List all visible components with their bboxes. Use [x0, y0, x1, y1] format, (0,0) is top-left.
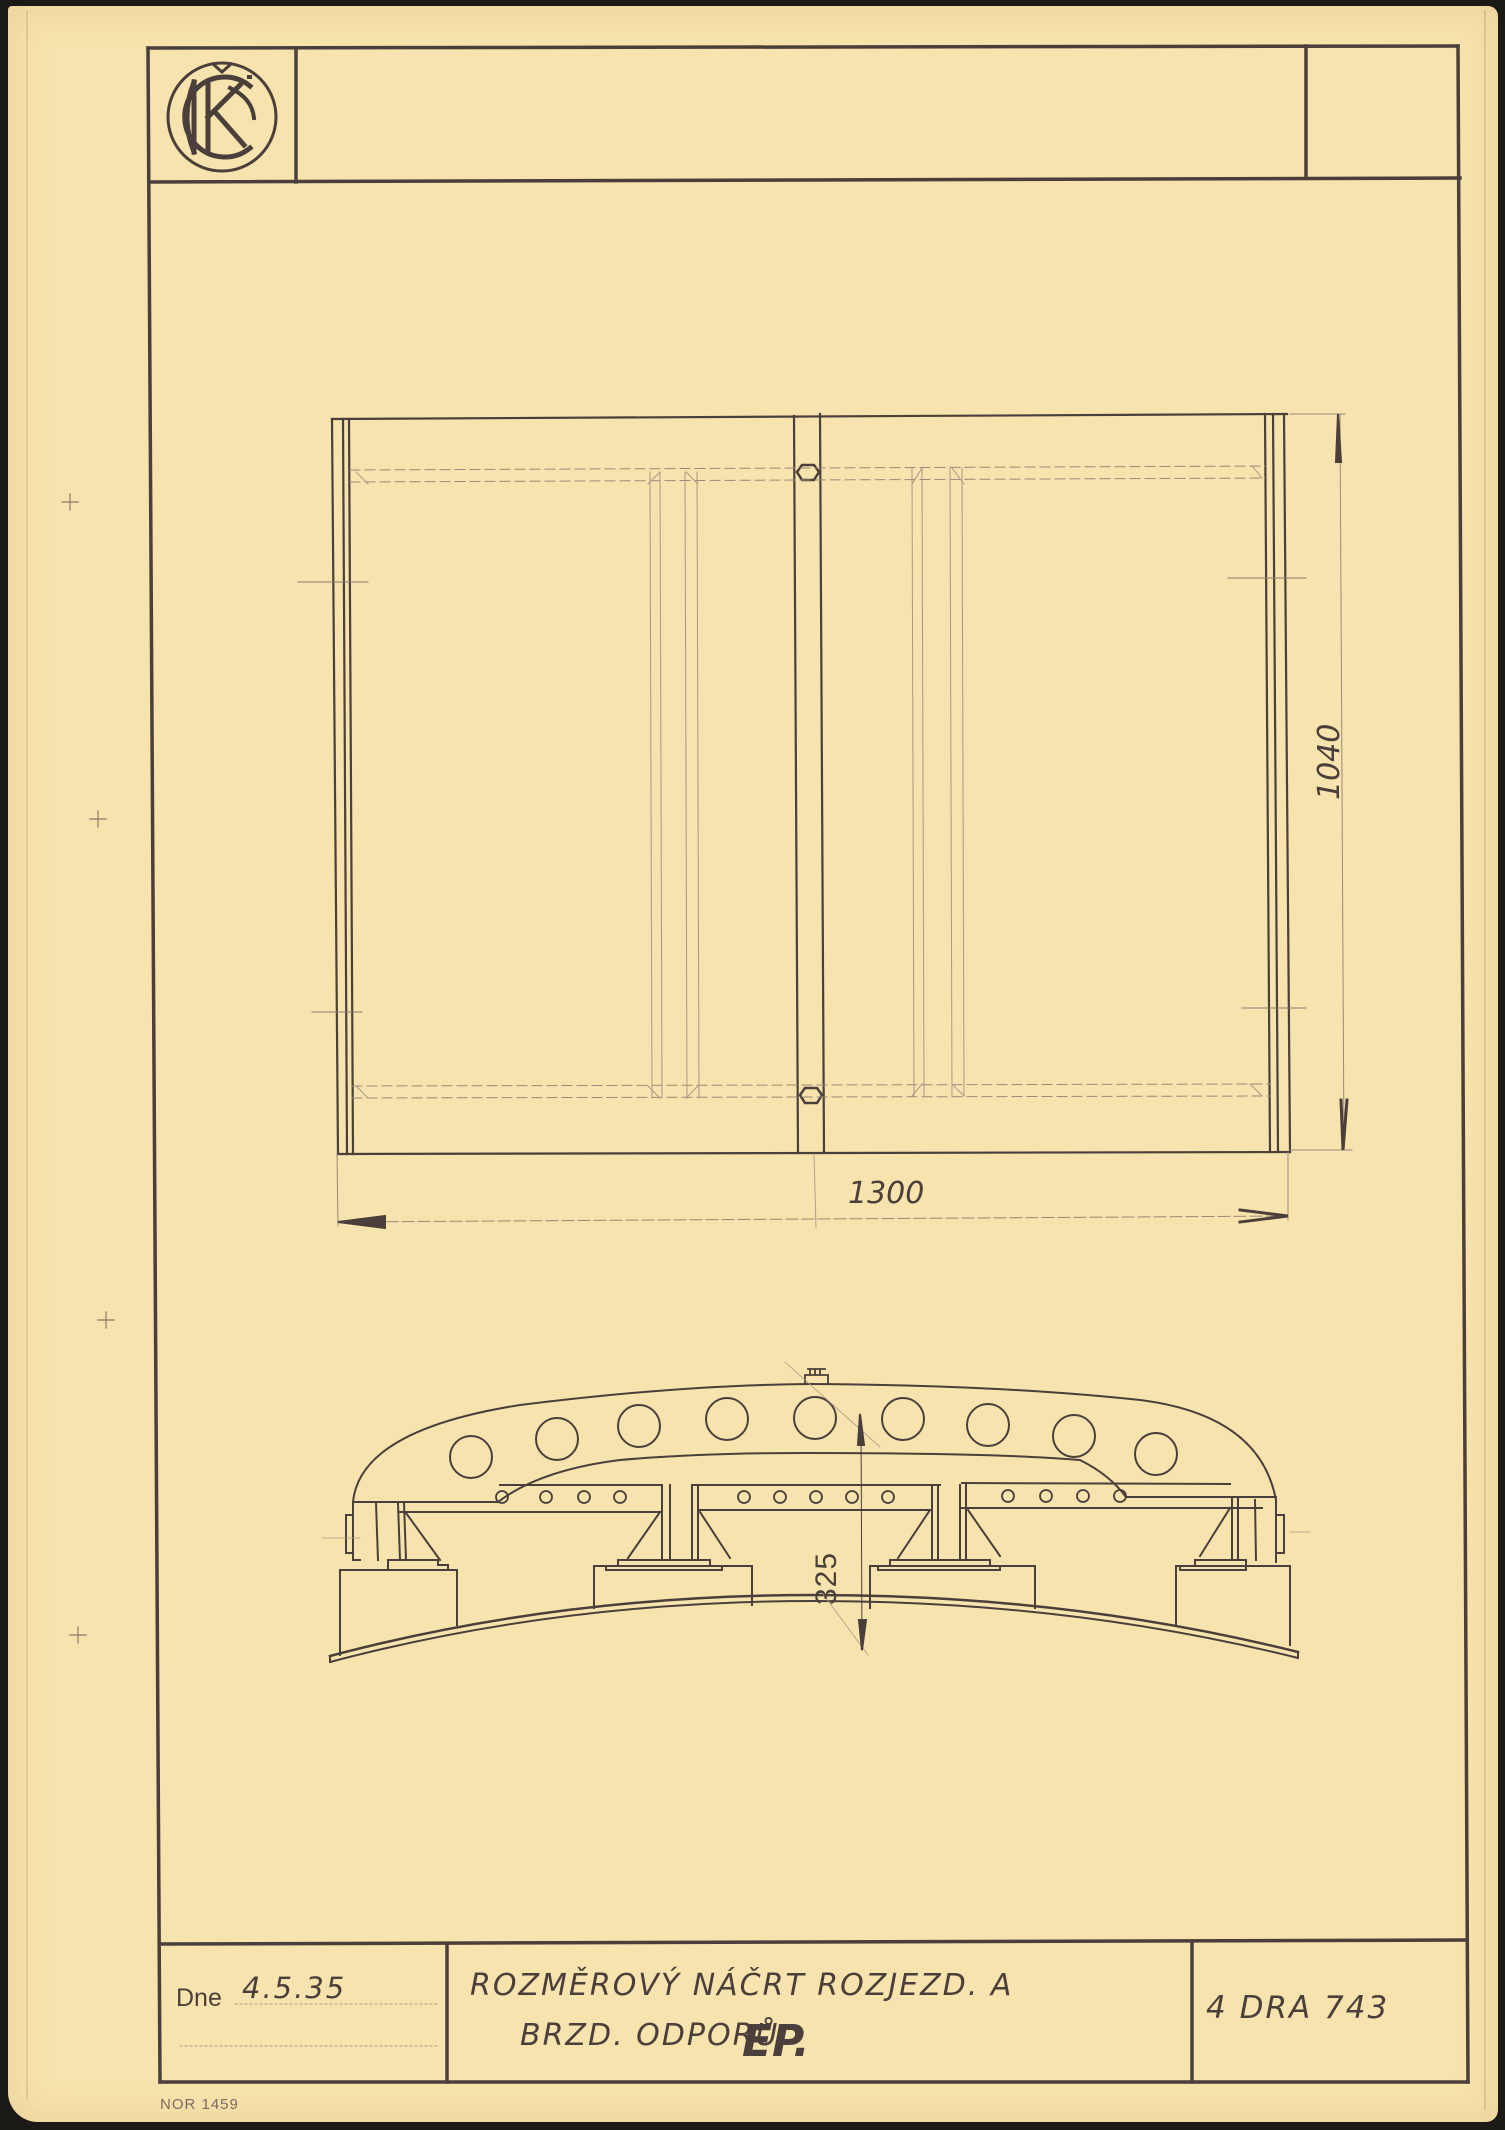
registration-marks	[62, 494, 114, 1643]
ckd-logo-icon	[168, 63, 276, 171]
date-value: 4.5.35	[242, 1971, 346, 2005]
dimension-label-side-height: 325	[810, 1552, 844, 1605]
drawing-canvas	[0, 0, 1505, 2130]
dimension-325	[858, 1414, 866, 1650]
top-view	[298, 414, 1352, 1228]
dimension-label-height: 1040	[1312, 724, 1347, 800]
date-label: Dne	[176, 1984, 222, 2013]
form-number: NOR 1459	[160, 2096, 239, 2113]
large-holes	[450, 1397, 1177, 1478]
side-view	[322, 1362, 1310, 1662]
drawing-title-line-1: ROZMĚROVÝ NÁČRT ROZJEZD. A	[470, 1968, 1013, 2003]
dimension-label-width: 1300	[848, 1176, 924, 1211]
dimension-1300	[337, 1152, 1288, 1228]
drawing-number: 4 DRA 743	[1206, 1990, 1389, 2026]
small-holes	[496, 1490, 1126, 1503]
author-initials: EP.	[742, 2016, 810, 2067]
hex-nut-icon	[797, 465, 822, 1103]
